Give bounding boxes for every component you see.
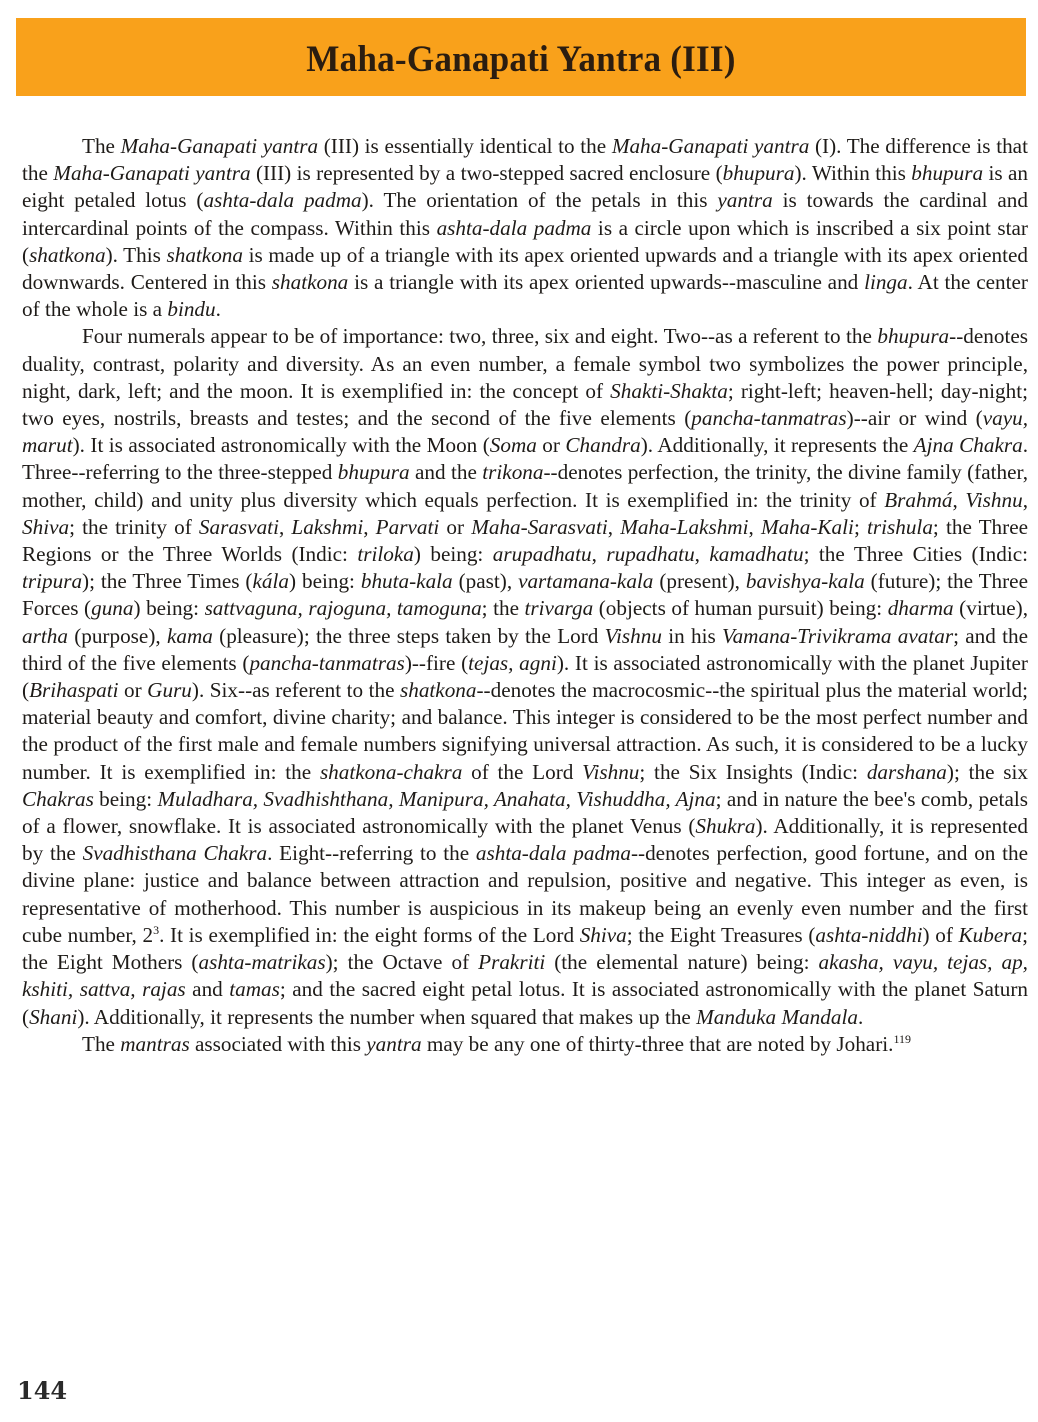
- italic-term: rupadhatu: [606, 542, 694, 566]
- title-band: Maha-Ganapati Yantra (III): [16, 18, 1026, 96]
- italic-term: Shani: [29, 1005, 77, 1029]
- italic-term: yantra: [366, 1032, 421, 1056]
- italic-term: guna: [91, 596, 133, 620]
- page-number: 144: [17, 1376, 67, 1405]
- paragraph: Four numerals appear to be of importance…: [22, 323, 1028, 1030]
- italic-term: ashta-matrikas: [199, 950, 326, 974]
- italic-term: Vishnu: [965, 488, 1022, 512]
- italic-term: dharma: [888, 596, 954, 620]
- italic-term: bhupura: [911, 161, 983, 185]
- italic-term: Prakriti: [478, 950, 545, 974]
- italic-term: bhupura: [877, 324, 949, 348]
- italic-term: tamas: [229, 977, 280, 1001]
- italic-term: Soma: [490, 433, 537, 457]
- italic-term: mantras: [120, 1032, 189, 1056]
- italic-term: shatkona: [400, 678, 477, 702]
- italic-term: vartamana-kala: [518, 569, 653, 593]
- italic-term: Brihaspati: [29, 678, 118, 702]
- italic-term: shatkona: [166, 243, 243, 267]
- italic-term: Brahmá: [884, 488, 952, 512]
- italic-term: Chakras: [22, 787, 94, 811]
- italic-term: ashta-dala padma: [476, 841, 631, 865]
- italic-term: Shiva: [22, 515, 69, 539]
- italic-term: Ajna Chakra: [914, 433, 1023, 457]
- italic-term: Maha-Ganapati yantra: [121, 134, 319, 158]
- italic-term: Maha-Lakshmi: [620, 515, 748, 539]
- italic-term: sattvaguna, rajoguna, tamoguna: [205, 596, 482, 620]
- italic-term: yantra: [717, 188, 772, 212]
- italic-term: bavishya-kala: [746, 569, 865, 593]
- italic-term: artha: [22, 624, 68, 648]
- italic-term: shatkona: [29, 243, 106, 267]
- italic-term: Maha-Sarasvati: [471, 515, 608, 539]
- italic-term: Shakti-Shakta: [610, 379, 728, 403]
- superscript: 119: [893, 1032, 911, 1046]
- italic-term: Chandra: [565, 433, 640, 457]
- italic-term: arupadhatu: [493, 542, 592, 566]
- italic-term: ashta-dala padma: [203, 188, 361, 212]
- italic-term: tejas, agni: [468, 651, 557, 675]
- italic-term: bhuta-kala: [361, 569, 453, 593]
- italic-term: pancha-tanmatras: [691, 406, 846, 430]
- page-title: Maha-Ganapati Yantra (III): [306, 34, 735, 81]
- italic-term: darshana: [867, 760, 947, 784]
- italic-term: kamadhatu: [709, 542, 803, 566]
- italic-term: kama: [167, 624, 213, 648]
- italic-term: Manduka Mandala: [696, 1005, 858, 1029]
- italic-term: shatkona: [272, 270, 349, 294]
- italic-term: Shukra: [695, 814, 755, 838]
- italic-term: triloka: [357, 542, 414, 566]
- italic-term: Maha-Ganapati yantra: [53, 161, 250, 185]
- paragraph: The Maha-Ganapati yantra (III) is essent…: [22, 133, 1028, 323]
- italic-term: Parvati: [376, 515, 440, 539]
- italic-term: shatkona-chakra: [320, 760, 462, 784]
- body-text: The Maha-Ganapati yantra (III) is essent…: [22, 133, 1028, 1058]
- italic-term: Maha-Ganapati yantra: [612, 134, 810, 158]
- italic-term: Maha-Kali: [761, 515, 854, 539]
- italic-term: bhupura: [723, 161, 795, 185]
- italic-term: kála: [253, 569, 289, 593]
- italic-term: Vamana-Trivikrama avatar: [722, 624, 953, 648]
- italic-term: trishula: [867, 515, 933, 539]
- italic-term: bindu: [167, 297, 215, 321]
- italic-term: linga: [864, 270, 908, 294]
- paragraph: The mantras associated with this yantra …: [22, 1031, 1028, 1058]
- italic-term: Sarasvati: [199, 515, 279, 539]
- italic-term: trikona: [482, 460, 543, 484]
- italic-term: ashta-dala padma: [437, 216, 592, 240]
- italic-term: pancha-tanmatras: [249, 651, 404, 675]
- italic-term: Muladhara, Svadhishthana, Manipura, Anah…: [157, 787, 715, 811]
- italic-term: tripura: [22, 569, 82, 593]
- italic-term: Kubera: [959, 923, 1023, 947]
- italic-term: bhupura: [338, 460, 410, 484]
- italic-term: Shiva: [580, 923, 627, 947]
- superscript: 3: [153, 923, 159, 937]
- italic-term: Vishnu: [582, 760, 639, 784]
- italic-term: Vishnu: [605, 624, 662, 648]
- italic-term: ashta-niddhi: [815, 923, 922, 947]
- italic-term: trivarga: [525, 596, 594, 620]
- italic-term: Guru: [147, 678, 192, 702]
- italic-term: Lakshmi: [291, 515, 363, 539]
- italic-term: Svadhisthana Chakra: [83, 841, 268, 865]
